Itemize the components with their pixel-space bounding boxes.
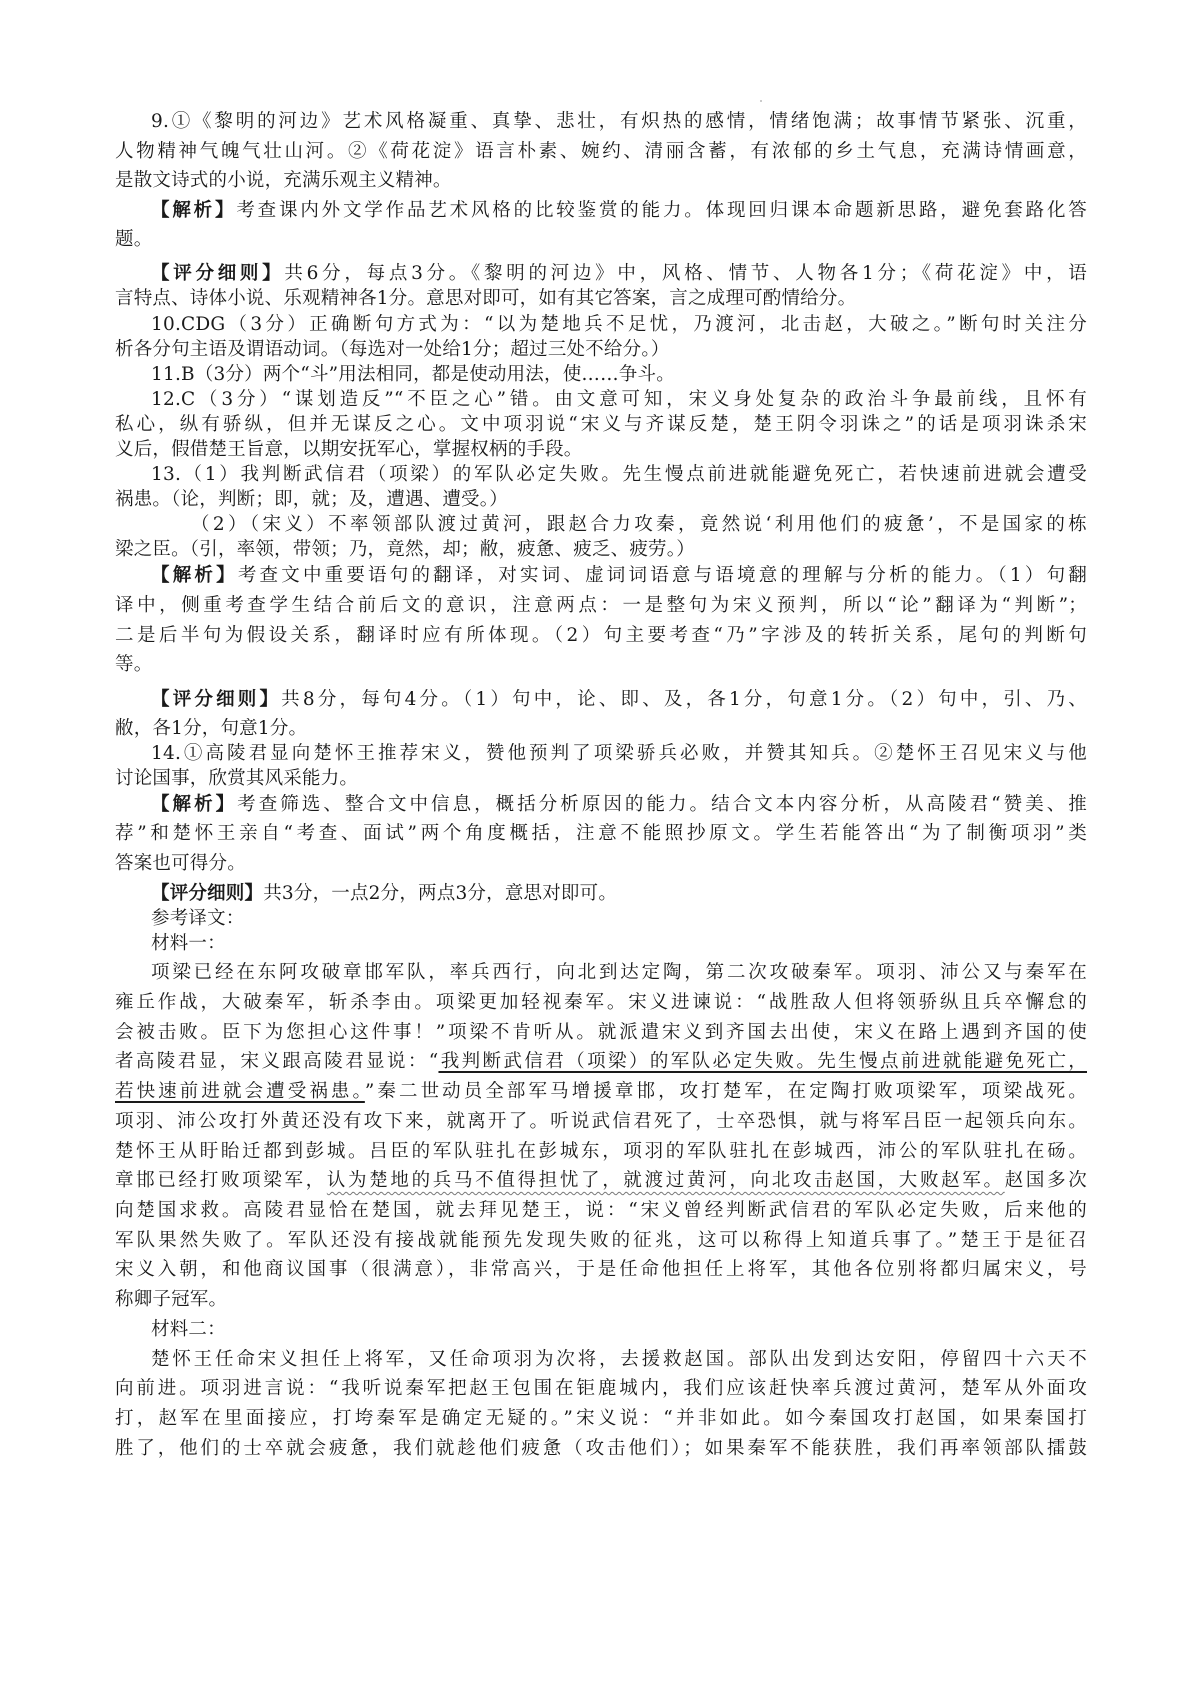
underlined-sentence: 若快速前进就会遭受祸患。 [115, 1081, 365, 1102]
q12-line-2: 私心，纵有骄纵，但并无谋反之心。文中项羽说“宋义与齐谋反楚，楚王阴令羽诛之”的话… [115, 413, 1087, 437]
material1-line-11: 宋义入朝，和他商议国事（很满意），非常高兴，于是任命他担任上将军，其他各位别将都… [115, 1258, 1087, 1282]
q13-rubric-line-1: 【评分细则】共8分，每句4分。（1）句中，论、即、及，各1分，句意1分。（2）句… [151, 688, 1087, 712]
rubric-label: 【评分细则】 [151, 263, 284, 284]
translation-heading: 参考译文： [151, 907, 1087, 931]
scan-artifact-dot [760, 100, 762, 102]
material2-line-1: 楚怀王任命宋义担任上将军，又任命项羽为次将，去援救赵国。部队出发到达安阳，停留四… [151, 1348, 1087, 1372]
rubric-text: 共3分，一点2分，两点3分，意思对即可。 [263, 883, 617, 904]
q11-line: 11.B（3分）两个“斗”用法相同，都是使动用法，使……争斗。 [151, 363, 1087, 387]
q13-rubric-line-2: 敝，各1分，句意1分。 [115, 717, 1087, 741]
rubric-text: 共8分，每句4分。（1）句中，论、即、及，各1分，句意1分。（2）句中，引、乃、 [281, 689, 1087, 710]
text-segment: 者高陵君显，宋义跟高陵君显说：“ [115, 1051, 438, 1072]
analysis-label: 【解析】 [151, 565, 238, 586]
material1-line-1: 项梁已经在东阿攻破章邯军队，率兵西行，向北到达定陶，第二次攻破秦军。项羽、沛公又… [151, 961, 1087, 985]
underlined-sentence: 我判断武信君（项梁）的军队必定失败。先生慢点前进就能避免死亡， [438, 1051, 1087, 1072]
q12-line-1: 12.C（3分）“谋划造反”“不臣之心”错。由文意可知，宋义身处复杂的政治斗争最… [151, 388, 1087, 412]
analysis-text: 考查课内外文学作品艺术风格的比较鉴赏的能力。体现回归课本命题新思路，避免套路化答 [236, 200, 1087, 221]
material1-line-9: 向楚国求救。高陵君显恰在楚国，就去拜见楚王，说：“宋义曾经判断武信君的军队必定失… [115, 1199, 1087, 1223]
document-page: 9.①《黎明的河边》艺术风格凝重、真挚、悲壮，有炽热的感情，情绪饱满；故事情节紧… [0, 0, 1200, 1698]
q9-rubric-line-2: 言特点、诗体小说、乐观精神各1分。意思对即可，如有其它答案，言之成理可酌情给分。 [115, 287, 1087, 311]
q13-part2-line-2: 梁之臣。（引，率领，带领；乃，竟然，却；敝，疲惫、疲乏、疲劳。） [115, 538, 1087, 562]
q9-analysis-line-1: 【解析】考查课内外文学作品艺术风格的比较鉴赏的能力。体现回归课本命题新思路，避免… [151, 199, 1087, 223]
rubric-text: 共6分，每点3分。《黎明的河边》中，风格、情节、人物各1分；《荷花淀》中，语 [284, 263, 1087, 284]
material1-line-3: 会被击败。臣下为您担心这件事！”项梁不肯听从。就派遣宋义到齐国去出使，宋义在路上… [115, 1021, 1087, 1045]
q9-answer-line-1: 9.①《黎明的河边》艺术风格凝重、真挚、悲壮，有炽热的感情，情绪饱满；故事情节紧… [151, 110, 1087, 134]
q10-line-1: 10.CDG（3分）正确断句方式为：“以为楚地兵不足忧，乃渡河，北击赵，大破之。… [151, 313, 1087, 337]
analysis-text: 考查筛选、整合文中信息，概括分析原因的能力。结合文本内容分析，从高陵君“赞美、推 [237, 794, 1087, 815]
q14-answer-line-1: 14.①高陵君显向楚怀王推荐宋义，赞他预判了项梁骄兵必败，并赞其知兵。②楚怀王召… [151, 742, 1087, 766]
q13-part2-line-1: （2）（宋义）不率领部队渡过黄河，跟赵合力攻秦，竟然说‘利用他们的疲惫’，不是国… [191, 513, 1087, 537]
analysis-label: 【解析】 [151, 200, 236, 221]
q14-rubric-line: 【评分细则】共3分，一点2分，两点3分，意思对即可。 [151, 882, 1087, 906]
q14-analysis-line-1: 【解析】考查筛选、整合文中信息，概括分析原因的能力。结合文本内容分析，从高陵君“… [151, 793, 1087, 817]
rubric-label: 【评分细则】 [151, 883, 263, 904]
analysis-text: 考查文中重要语句的翻译，对实词、虚词词语意与语境意的理解与分析的能力。（1）句翻 [238, 565, 1087, 586]
text-segment: 章邯已经打败项梁军， [115, 1170, 327, 1191]
material1-line-12: 称卿子冠军。 [115, 1288, 1087, 1312]
q12-line-3: 义后，假借楚王旨意，以期安抚军心，掌握权柄的手段。 [115, 438, 1087, 462]
text-segment: 赵国多次 [1005, 1170, 1087, 1191]
material2-line-2: 向前进。项羽进言说：“我听说秦军把赵王包围在钜鹿城内，我们应该赶快率兵渡过黄河，… [115, 1377, 1087, 1401]
q14-analysis-line-2: 荐”和楚怀王亲自“考查、面试”两个角度概括，注意不能照抄原文。学生若能答出“为了… [115, 822, 1087, 846]
text-segment: ”秦二世动员全部军马增援章邯，攻打楚军，在定陶打败项梁军，项梁战死。 [365, 1081, 1087, 1102]
material1-line-7: 楚怀王从盱眙迁都到彭城。吕臣的军队驻扎在彭城东，项羽的军队驻扎在彭城西，沛公的军… [115, 1140, 1087, 1164]
material1-line-8: 章邯已经打败项梁军，认为楚地的兵马不值得担忧了，就渡过黄河，向北攻击赵国，大败赵… [115, 1169, 1087, 1193]
q13-part1-line-1: 13.（1）我判断武信君（项梁）的军队必定失败。先生慢点前进就能避免死亡，若快速… [151, 463, 1087, 487]
material1-line-5: 若快速前进就会遭受祸患。”秦二世动员全部军马增援章邯，攻打楚军，在定陶打败项梁军… [115, 1080, 1087, 1104]
material1-line-10: 军队果然失败了。军队还没有接战就能预先发现失败的征兆，这可以称得上知道兵事了。”… [115, 1229, 1087, 1253]
material2-line-3: 打，赵军在里面接应，打垮秦军是确定无疑的。”宋义说：“并非如此。如今秦国攻打赵国… [115, 1407, 1087, 1431]
q9-analysis-line-2: 题。 [115, 228, 1087, 252]
q13-part1-line-2: 祸患。（论，判断；即，就；及，遭遇、遭受。） [115, 488, 1087, 512]
wavy-underlined-sentence: 认为楚地的兵马不值得担忧了，就渡过黄河，向北攻击赵国，大败赵军。 [327, 1170, 1005, 1191]
q14-analysis-line-3: 答案也可得分。 [115, 852, 1087, 876]
q13-analysis-line-3: 二是后半句为假设关系，翻译时应有所体现。（2）句主要考查“乃”字涉及的转折关系，… [115, 624, 1087, 648]
q13-analysis-line-4: 等。 [115, 653, 1087, 677]
q9-answer-line-2: 人物精神气魄气壮山河。②《荷花淀》语言朴素、婉约、清丽含蓄，有浓郁的乡土气息，充… [115, 140, 1087, 164]
analysis-label: 【解析】 [151, 794, 237, 815]
material1-line-4: 者高陵君显，宋义跟高陵君显说：“我判断武信君（项梁）的军队必定失败。先生慢点前进… [115, 1050, 1087, 1074]
rubric-label: 【评分细则】 [151, 689, 281, 710]
material1-label: 材料一： [151, 932, 1087, 956]
material2-line-4: 胜了，他们的士卒就会疲惫，我们就趁他们疲惫（攻击他们）；如果秦军不能获胜，我们再… [115, 1437, 1087, 1461]
q9-rubric-line-1: 【评分细则】共6分，每点3分。《黎明的河边》中，风格、情节、人物各1分；《荷花淀… [151, 262, 1087, 286]
q10-line-2: 析各分句主语及谓语动词。（每选对一处给1分；超过三处不给分。） [115, 338, 1087, 362]
material1-line-6: 项羽、沛公攻打外黄还没有攻下来，就离开了。听说武信君死了，士卒恐惧，就与将军吕臣… [115, 1110, 1087, 1134]
q13-analysis-line-2: 译中，侧重考查学生结合前后文的意识，注意两点：一是整句为宋义预判，所以“论”翻译… [115, 594, 1087, 618]
q9-answer-line-3: 是散文诗式的小说，充满乐观主义精神。 [115, 169, 1087, 193]
material1-line-2: 雍丘作战，大破秦军，斩杀李由。项梁更加轻视秦军。宋义进谏说：“战胜敌人但将领骄纵… [115, 991, 1087, 1015]
q14-answer-line-2: 讨论国事，欣赏其风采能力。 [115, 767, 1087, 791]
q13-analysis-line-1: 【解析】考查文中重要语句的翻译，对实词、虚词词语意与语境意的理解与分析的能力。（… [151, 564, 1087, 588]
material2-label: 材料二： [151, 1318, 1087, 1342]
